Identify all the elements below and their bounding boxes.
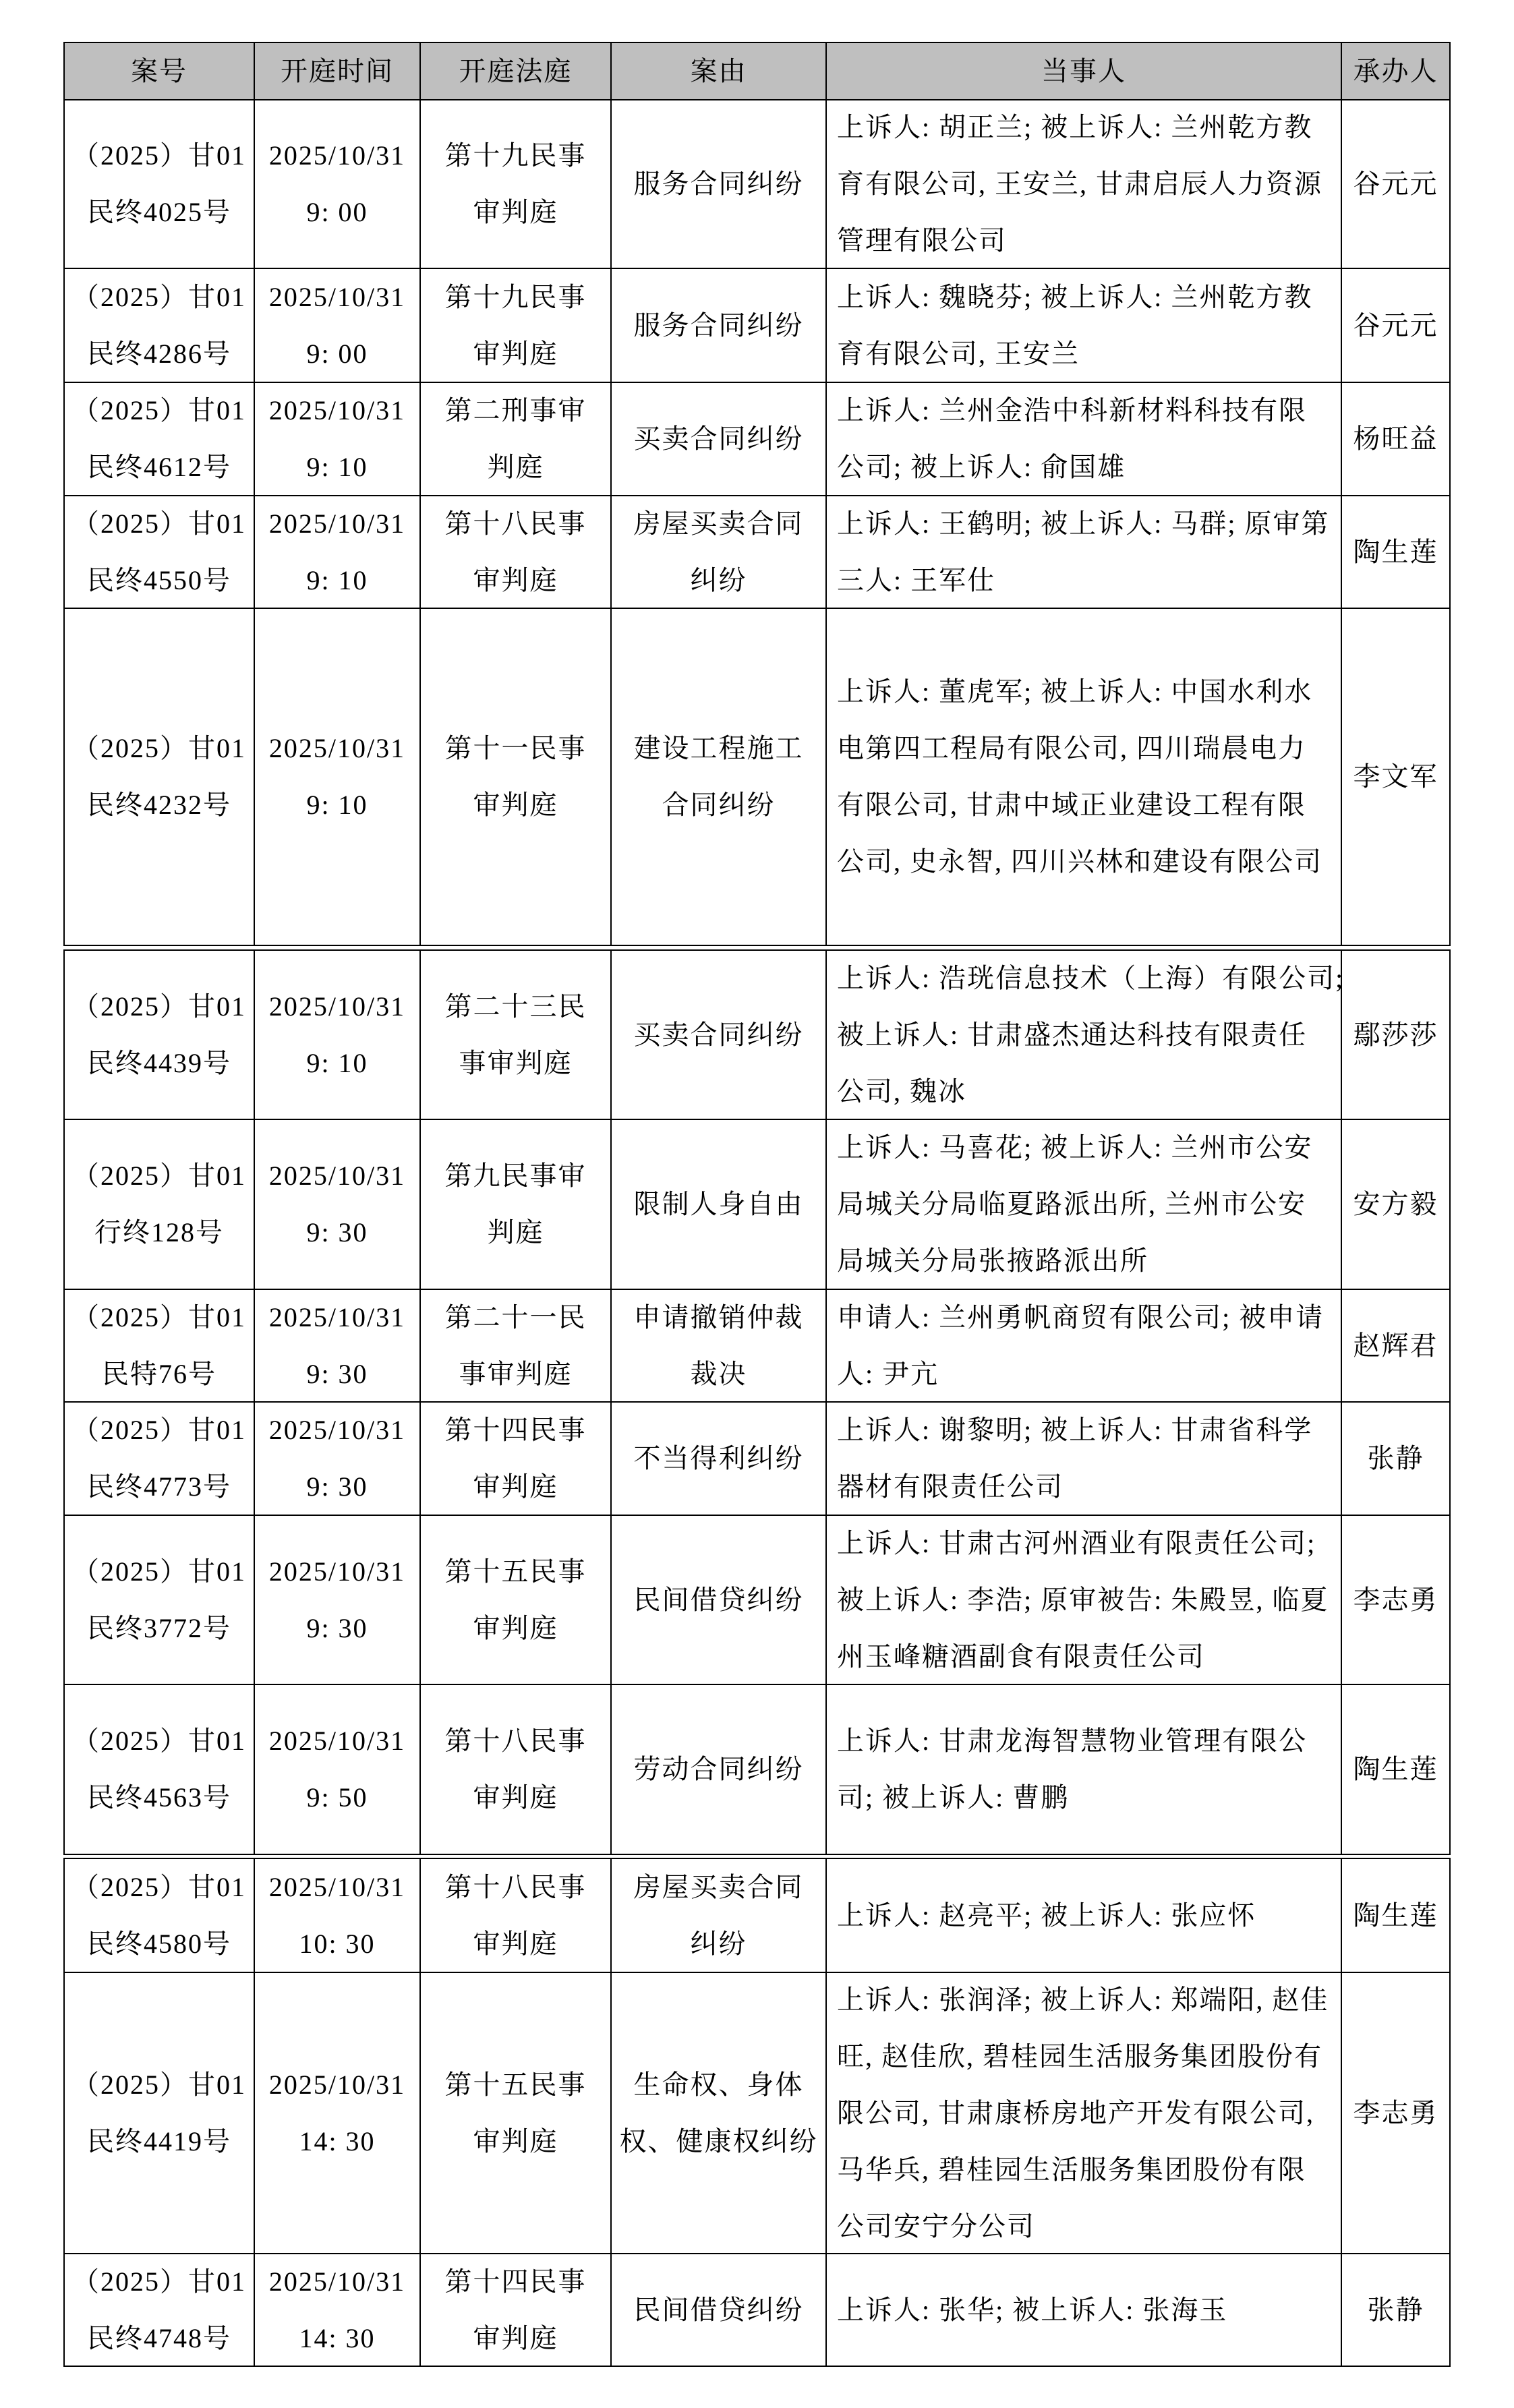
case-cause-cell-line: 劳动合同纠纷 (634, 1741, 804, 1798)
courtroom-cell-line: 第二十一民 (445, 1290, 587, 1346)
parties-cell: 上诉人: 兰州金浩中科新材料科技有限公司; 被上诉人: 俞国雄 (827, 383, 1342, 495)
parties-cell: 上诉人: 王鹤明; 被上诉人: 马群; 原审第三人: 王军仕 (827, 496, 1342, 608)
hearing-time-cell-line: 14: 30 (299, 2113, 375, 2170)
courtroom-cell-line: 审判庭 (473, 326, 558, 382)
parties-cell-line: 电第四工程局有限公司, 四川瑞晨电力 (837, 720, 1306, 777)
parties-cell-line: 马华兵, 碧桂园生活服务集团股份有限 (837, 2142, 1306, 2198)
case-number-cell-line: 民终4232号 (87, 777, 231, 833)
parties-cell-line: 三人: 王军仕 (837, 552, 995, 608)
parties-cell: 上诉人: 马喜花; 被上诉人: 兰州市公安局城关分局临夏路派出所, 兰州市公安局… (827, 1120, 1342, 1289)
case-cause-cell-line: 服务合同纠纷 (634, 297, 804, 354)
parties-cell: 上诉人: 浩珖信息技术（上海）有限公司;被上诉人: 甘肃盛杰通达科技有限责任公司… (827, 951, 1342, 1119)
parties-cell-line: 上诉人: 谢黎明; 被上诉人: 甘肃省科学 (837, 1403, 1312, 1459)
hearing-time-cell: 2025/10/3114: 30 (255, 1973, 421, 2253)
case-number-cell-line: （2025）甘01 (72, 2057, 246, 2113)
case-number-cell-line: 民终4286号 (87, 326, 231, 382)
case-number-cell: （2025）甘01民终4550号 (65, 496, 255, 608)
case-number-cell: （2025）甘01民终4773号 (65, 1403, 255, 1515)
column-header-court: 开庭法庭 (421, 43, 612, 99)
hearing-time-cell: 2025/10/319: 30 (255, 1516, 421, 1684)
courtroom-cell-line: 第十九民事 (445, 269, 587, 326)
judge-cell-text: 陶生莲 (1353, 1887, 1438, 1944)
hearing-time-cell: 2025/10/319: 30 (255, 1403, 421, 1515)
hearing-time-cell-line: 2025/10/31 (269, 1403, 405, 1459)
case-cause-cell: 申请撤销仲裁裁决 (612, 1290, 827, 1401)
courtroom-cell: 第十五民事审判庭 (421, 1516, 612, 1684)
case-cause-cell-line: 民间借贷纠纷 (634, 2282, 804, 2339)
parties-cell-line: 上诉人: 甘肃龙海智慧物业管理有限公 (837, 1713, 1307, 1769)
parties-cell: 上诉人: 赵亮平; 被上诉人: 张应怀 (827, 1859, 1342, 1972)
judge-cell: 陶生莲 (1342, 496, 1449, 608)
case-cause-cell: 房屋买卖合同纠纷 (612, 1859, 827, 1972)
table-row: （2025）甘01民终4286号2025/10/319: 00第十九民事审判庭服… (65, 269, 1449, 383)
courtroom-cell: 第二刑事审判庭 (421, 383, 612, 495)
case-cause-cell: 限制人身自由 (612, 1120, 827, 1289)
table-row: （2025）甘01民特76号2025/10/319: 30第二十一民事审判庭申请… (65, 1290, 1449, 1403)
hearing-time-cell-line: 9: 50 (306, 1769, 368, 1826)
judge-cell: 陶生莲 (1342, 1685, 1449, 1854)
hearing-table-page-2: （2025）甘01民终4439号2025/10/319: 10第二十三民事审判庭… (63, 949, 1451, 1855)
parties-cell-line: 上诉人: 甘肃古河州酒业有限责任公司; (837, 1516, 1316, 1572)
hearing-time-cell-line: 2025/10/31 (269, 269, 405, 326)
hearing-time-cell-line: 9: 00 (306, 184, 368, 241)
judge-cell: 杨旺益 (1342, 383, 1449, 495)
judge-cell: 鄢莎莎 (1342, 951, 1449, 1119)
hearing-time-cell: 2025/10/319: 10 (255, 951, 421, 1119)
parties-cell: 上诉人: 张润泽; 被上诉人: 郑端阳, 赵佳旺, 赵佳欣, 碧桂园生活服务集团… (827, 1973, 1342, 2253)
hearing-time-cell: 2025/10/3110: 30 (255, 1859, 421, 1972)
case-cause-cell: 生命权、身体权、健康权纠纷 (612, 1973, 827, 2253)
parties-cell-line: 被上诉人: 甘肃盛杰通达科技有限责任 (837, 1007, 1307, 1063)
table-row: （2025）甘01民终4563号2025/10/319: 50第十八民事审判庭劳… (65, 1685, 1449, 1854)
parties-cell-line: 旺, 赵佳欣, 碧桂园生活服务集团股份有 (837, 2028, 1322, 2085)
case-cause-cell-line: 服务合同纠纷 (634, 156, 804, 212)
case-number-cell-line: （2025）甘01 (72, 1148, 246, 1204)
hearing-time-cell-line: 2025/10/31 (269, 127, 405, 184)
case-cause-cell-line: 不当得利纠纷 (634, 1430, 804, 1487)
courtroom-cell-line: 判庭 (488, 439, 544, 495)
parties-cell: 上诉人: 甘肃龙海智慧物业管理有限公司; 被上诉人: 曹鹏 (827, 1685, 1342, 1854)
case-number-cell-line: （2025）甘01 (72, 269, 246, 326)
hearing-time-cell-line: 9: 10 (306, 439, 368, 495)
hearing-time-cell-line: 9: 10 (306, 552, 368, 608)
parties-cell-line: 上诉人: 浩珖信息技术（上海）有限公司; (837, 951, 1342, 1007)
judge-cell: 李文军 (1342, 609, 1449, 945)
case-number-cell-line: 民终4748号 (87, 2310, 231, 2366)
case-cause-cell-line: 纠纷 (691, 552, 747, 608)
case-cause-cell: 民间借贷纠纷 (612, 1516, 827, 1684)
courtroom-cell-line: 第二刑事审 (445, 383, 587, 439)
courtroom-cell-line: 审判庭 (473, 2113, 558, 2170)
case-cause-cell: 民间借贷纠纷 (612, 2254, 827, 2366)
parties-cell-line: 上诉人: 王鹤明; 被上诉人: 马群; 原审第 (837, 496, 1329, 552)
parties-cell-line: 器材有限责任公司 (837, 1459, 1064, 1515)
courtroom-cell: 第十八民事审判庭 (421, 1859, 612, 1972)
courtroom-cell: 第九民事审判庭 (421, 1120, 612, 1289)
judge-cell: 谷元元 (1342, 100, 1449, 268)
parties-cell: 上诉人: 张华; 被上诉人: 张海玉 (827, 2254, 1342, 2366)
case-cause-cell-line: 民间借贷纠纷 (634, 1572, 804, 1628)
judge-cell-text: 杨旺益 (1353, 411, 1438, 467)
parties-cell-line: 限公司, 甘肃康桥房地产开发有限公司, (837, 2085, 1314, 2142)
case-number-cell: （2025）甘01民终4612号 (65, 383, 255, 495)
case-number-cell: （2025）甘01民终4419号 (65, 1973, 255, 2253)
hearing-time-cell-line: 2025/10/31 (269, 2254, 405, 2310)
case-cause-cell: 房屋买卖合同纠纷 (612, 496, 827, 608)
hearing-time-cell-line: 9: 30 (306, 1459, 368, 1515)
column-header-parties: 当事人 (827, 43, 1342, 99)
parties-cell-line: 上诉人: 兰州金浩中科新材料科技有限 (837, 383, 1307, 439)
hearing-time-cell: 2025/10/319: 50 (255, 1685, 421, 1854)
parties-cell-line: 育有限公司, 王安兰 (837, 326, 1080, 382)
hearing-time-cell: 2025/10/319: 00 (255, 269, 421, 382)
courtroom-cell: 第十一民事审判庭 (421, 609, 612, 945)
courtroom-cell-line: 事审判庭 (459, 1346, 573, 1402)
parties-cell-line: 申请人: 兰州勇帆商贸有限公司; 被申请 (837, 1290, 1324, 1346)
table-row: （2025）甘01民终4419号2025/10/3114: 30第十五民事审判庭… (65, 1973, 1449, 2254)
parties-cell-line: 被上诉人: 李浩; 原审被告: 朱殿昱, 临夏 (837, 1572, 1329, 1628)
case-number-cell-line: 民终4563号 (87, 1769, 231, 1826)
case-cause-cell: 劳动合同纠纷 (612, 1685, 827, 1854)
case-cause-cell-line: 权、健康权纠纷 (620, 2113, 818, 2170)
courtroom-cell: 第十八民事审判庭 (421, 1685, 612, 1854)
judge-cell-text: 张静 (1368, 2282, 1424, 2339)
hearing-time-cell-line: 9: 10 (306, 1035, 368, 1092)
hearing-time-cell-line: 9: 30 (306, 1346, 368, 1402)
judge-cell-text: 赵辉君 (1353, 1318, 1438, 1374)
case-number-cell: （2025）甘01民终4232号 (65, 609, 255, 945)
parties-cell-line: 管理有限公司 (837, 212, 1007, 268)
case-number-cell: （2025）甘01民终4025号 (65, 100, 255, 268)
case-cause-cell-line: 申请撤销仲裁 (634, 1290, 804, 1346)
parties-cell-line: 公司, 史永智, 四川兴林和建设有限公司 (837, 833, 1322, 890)
courtroom-cell-line: 第十一民事 (445, 720, 587, 777)
judge-cell: 张静 (1342, 2254, 1449, 2366)
hearing-time-cell-line: 10: 30 (299, 1916, 375, 1972)
table-row: （2025）甘01民终4773号2025/10/319: 30第十四民事审判庭不… (65, 1403, 1449, 1516)
case-number-cell: （2025）甘01民终4439号 (65, 951, 255, 1119)
courtroom-cell-line: 第九民事审 (445, 1148, 587, 1204)
judge-cell-text: 陶生莲 (1353, 524, 1438, 581)
judge-cell: 谷元元 (1342, 269, 1449, 382)
hearing-time-cell-line: 9: 00 (306, 326, 368, 382)
hearing-time-cell-line: 14: 30 (299, 2310, 375, 2366)
judge-cell-text: 陶生莲 (1353, 1741, 1438, 1798)
judge-cell: 陶生莲 (1342, 1859, 1449, 1972)
judge-cell: 安方毅 (1342, 1120, 1449, 1289)
case-number-cell-line: 行终128号 (94, 1204, 224, 1261)
case-number-cell: （2025）甘01民终3772号 (65, 1516, 255, 1684)
case-number-cell-line: （2025）甘01 (72, 1544, 246, 1600)
case-cause-cell-line: 建设工程施工 (634, 720, 804, 777)
case-cause-cell-line: 限制人身自由 (634, 1176, 804, 1233)
hearing-table-page-1: 案号 开庭时间 开庭法庭 案由 当事人 承办人 （2025）甘01民终4025号… (63, 42, 1451, 946)
hearing-time-cell: 2025/10/319: 10 (255, 496, 421, 608)
case-number-cell: （2025）甘01民终4563号 (65, 1685, 255, 1854)
column-header-judge: 承办人 (1342, 43, 1449, 99)
hearing-time-cell: 2025/10/319: 10 (255, 609, 421, 945)
case-number-cell: （2025）甘01民终4748号 (65, 2254, 255, 2366)
courtroom-cell-line: 第二十三民 (445, 978, 587, 1035)
case-number-cell-line: 民终4419号 (87, 2113, 231, 2170)
courtroom-cell-line: 审判庭 (473, 1459, 558, 1515)
courtroom-cell: 第十五民事审判庭 (421, 1973, 612, 2253)
case-cause-cell-line: 合同纠纷 (662, 777, 776, 833)
hearing-time-cell-line: 2025/10/31 (269, 720, 405, 777)
courtroom-cell-line: 第十八民事 (445, 1713, 587, 1769)
table-row: （2025）甘01行终128号2025/10/319: 30第九民事审判庭限制人… (65, 1120, 1449, 1290)
table-row: （2025）甘01民终4550号2025/10/319: 10第十八民事审判庭房… (65, 496, 1449, 609)
judge-cell: 赵辉君 (1342, 1290, 1449, 1401)
courtroom-cell-line: 第十五民事 (445, 2057, 587, 2113)
parties-cell: 上诉人: 魏晓芬; 被上诉人: 兰州乾方教育有限公司, 王安兰 (827, 269, 1342, 382)
case-number-cell-line: 民特76号 (102, 1346, 216, 1402)
table-header: 案号 开庭时间 开庭法庭 案由 当事人 承办人 (65, 43, 1449, 100)
parties-cell: 上诉人: 胡正兰; 被上诉人: 兰州乾方教育有限公司, 王安兰, 甘肃启辰人力资… (827, 100, 1342, 268)
table-row: （2025）甘01民终4612号2025/10/319: 10第二刑事审判庭买卖… (65, 383, 1449, 496)
case-cause-cell-line: 纠纷 (691, 1916, 747, 1972)
case-cause-cell: 买卖合同纠纷 (612, 383, 827, 495)
case-number-cell-line: 民终4612号 (87, 439, 231, 495)
judge-cell-text: 安方毅 (1353, 1176, 1438, 1233)
hearing-time-cell-line: 2025/10/31 (269, 1713, 405, 1769)
courtroom-cell-line: 第十四民事 (445, 1403, 587, 1459)
parties-cell: 申请人: 兰州勇帆商贸有限公司; 被申请人: 尹亢 (827, 1290, 1342, 1401)
case-cause-cell-line: 买卖合同纠纷 (634, 411, 804, 467)
hearing-table-page-3: （2025）甘01民终4580号2025/10/3110: 30第十八民事审判庭… (63, 1858, 1451, 2367)
courtroom-cell-line: 第十八民事 (445, 1859, 587, 1916)
judge-cell-text: 李志勇 (1353, 1572, 1438, 1628)
hearing-time-cell-line: 2025/10/31 (269, 383, 405, 439)
judge-cell-text: 鄢莎莎 (1353, 1007, 1438, 1063)
case-number-cell-line: 民终4580号 (87, 1916, 231, 1972)
courtroom-cell: 第十四民事审判庭 (421, 1403, 612, 1515)
case-number-cell-line: （2025）甘01 (72, 127, 246, 184)
case-number-cell: （2025）甘01行终128号 (65, 1120, 255, 1289)
hearing-time-cell: 2025/10/319: 30 (255, 1290, 421, 1401)
courtroom-cell-line: 审判庭 (473, 2310, 558, 2366)
parties-cell-line: 上诉人: 赵亮平; 被上诉人: 张应怀 (837, 1887, 1256, 1944)
courtroom-cell: 第十八民事审判庭 (421, 496, 612, 608)
parties-cell-line: 州玉峰糖酒副食有限责任公司 (837, 1628, 1205, 1684)
courtroom-cell-line: 审判庭 (473, 1916, 558, 1972)
hearing-time-cell-line: 2025/10/31 (269, 496, 405, 552)
column-header-time: 开庭时间 (255, 43, 421, 99)
parties-cell-line: 上诉人: 张润泽; 被上诉人: 郑端阳, 赵佳 (837, 1973, 1329, 2028)
judge-cell-text: 李文军 (1353, 748, 1438, 805)
case-number-cell-line: 民终4025号 (87, 184, 231, 241)
table-row: （2025）甘01民终4748号2025/10/3114: 30第十四民事审判庭… (65, 2254, 1449, 2366)
parties-cell-line: 上诉人: 董虎军; 被上诉人: 中国水利水 (837, 664, 1312, 720)
case-number-cell-line: （2025）甘01 (72, 1713, 246, 1769)
parties-cell-line: 局城关分局临夏路派出所, 兰州市公安 (837, 1176, 1306, 1233)
case-number-cell-line: （2025）甘01 (72, 383, 246, 439)
judge-cell-text: 张静 (1368, 1430, 1424, 1487)
hearing-time-cell-line: 2025/10/31 (269, 2057, 405, 2113)
case-number-cell-line: （2025）甘01 (72, 496, 246, 552)
case-cause-cell-line: 买卖合同纠纷 (634, 1007, 804, 1063)
case-number-cell-line: （2025）甘01 (72, 2254, 246, 2310)
hearing-time-cell-line: 2025/10/31 (269, 1859, 405, 1916)
parties-cell: 上诉人: 谢黎明; 被上诉人: 甘肃省科学器材有限责任公司 (827, 1403, 1342, 1515)
case-number-cell-line: （2025）甘01 (72, 978, 246, 1035)
parties-cell: 上诉人: 甘肃古河州酒业有限责任公司;被上诉人: 李浩; 原审被告: 朱殿昱, … (827, 1516, 1342, 1684)
parties-cell-line: 局城关分局张掖路派出所 (837, 1233, 1148, 1289)
case-cause-cell: 买卖合同纠纷 (612, 951, 827, 1119)
case-cause-cell: 服务合同纠纷 (612, 269, 827, 382)
courtroom-cell-line: 审判庭 (473, 184, 558, 241)
hearing-time-cell: 2025/10/3114: 30 (255, 2254, 421, 2366)
table-row: （2025）甘01民终4025号2025/10/319: 00第十九民事审判庭服… (65, 100, 1449, 269)
case-number-cell: （2025）甘01民特76号 (65, 1290, 255, 1401)
case-number-cell-line: （2025）甘01 (72, 1290, 246, 1346)
case-cause-cell: 不当得利纠纷 (612, 1403, 827, 1515)
hearing-time-cell: 2025/10/319: 00 (255, 100, 421, 268)
hearing-time-cell-line: 2025/10/31 (269, 978, 405, 1035)
courtroom-cell: 第十四民事审判庭 (421, 2254, 612, 2366)
judge-cell-text: 李志勇 (1353, 2085, 1438, 2142)
table-row: （2025）甘01民终4232号2025/10/319: 10第十一民事审判庭建… (65, 609, 1449, 945)
column-header-case-no: 案号 (65, 43, 255, 99)
courtroom-cell: 第二十三民事审判庭 (421, 951, 612, 1119)
hearing-time-cell-line: 9: 30 (306, 1204, 368, 1261)
parties-cell-line: 上诉人: 张华; 被上诉人: 张海玉 (837, 2282, 1227, 2339)
courtroom-cell-line: 第十九民事 (445, 127, 587, 184)
courtroom-cell-line: 第十八民事 (445, 496, 587, 552)
courtroom-cell-line: 判庭 (488, 1204, 544, 1261)
courtroom-cell-line: 事审判庭 (459, 1035, 573, 1092)
parties-cell-line: 公司, 魏冰 (837, 1063, 966, 1119)
judge-cell: 李志勇 (1342, 1516, 1449, 1684)
parties-cell-line: 上诉人: 马喜花; 被上诉人: 兰州市公安 (837, 1120, 1312, 1176)
parties-cell: 上诉人: 董虎军; 被上诉人: 中国水利水电第四工程局有限公司, 四川瑞晨电力有… (827, 609, 1342, 945)
case-number-cell-line: （2025）甘01 (72, 1859, 246, 1916)
parties-cell-line: 司; 被上诉人: 曹鹏 (837, 1769, 1069, 1826)
case-number-cell-line: 民终4773号 (87, 1459, 231, 1515)
courtroom-cell-line: 审判庭 (473, 1769, 558, 1826)
case-cause-cell: 建设工程施工合同纠纷 (612, 609, 827, 945)
case-number-cell-line: 民终4439号 (87, 1035, 231, 1092)
parties-cell-line: 公司; 被上诉人: 俞国雄 (837, 439, 1126, 495)
case-number-cell-line: 民终4550号 (87, 552, 231, 608)
case-cause-cell-line: 房屋买卖合同 (634, 1859, 804, 1916)
parties-cell-line: 人: 尹亢 (837, 1346, 939, 1402)
column-header-cause: 案由 (612, 43, 827, 99)
courtroom-cell-line: 审判庭 (473, 1600, 558, 1657)
hearing-time-cell-line: 2025/10/31 (269, 1544, 405, 1600)
case-cause-cell-line: 生命权、身体 (634, 2057, 804, 2113)
parties-cell-line: 上诉人: 魏晓芬; 被上诉人: 兰州乾方教 (837, 269, 1312, 326)
hearing-time-cell: 2025/10/319: 30 (255, 1120, 421, 1289)
courtroom-cell: 第二十一民事审判庭 (421, 1290, 612, 1401)
judge-cell: 李志勇 (1342, 1973, 1449, 2253)
case-cause-cell-line: 房屋买卖合同 (634, 496, 804, 552)
hearing-time-cell: 2025/10/319: 10 (255, 383, 421, 495)
parties-cell-line: 上诉人: 胡正兰; 被上诉人: 兰州乾方教 (837, 100, 1312, 156)
courtroom-cell: 第十九民事审判庭 (421, 100, 612, 268)
courtroom-cell-line: 第十五民事 (445, 1544, 587, 1600)
hearing-time-cell-line: 2025/10/31 (269, 1148, 405, 1204)
case-cause-cell: 服务合同纠纷 (612, 100, 827, 268)
table-row: （2025）甘01民终4580号2025/10/3110: 30第十八民事审判庭… (65, 1859, 1449, 1973)
case-number-cell-line: （2025）甘01 (72, 720, 246, 777)
judge-cell-text: 谷元元 (1353, 156, 1438, 212)
courtroom-cell: 第十九民事审判庭 (421, 269, 612, 382)
courtroom-cell-line: 审判庭 (473, 552, 558, 608)
hearing-time-cell-line: 9: 10 (306, 777, 368, 833)
parties-cell-line: 育有限公司, 王安兰, 甘肃启辰人力资源 (837, 156, 1322, 212)
case-number-cell-line: 民终3772号 (87, 1600, 231, 1657)
courtroom-cell-line: 审判庭 (473, 777, 558, 833)
case-number-cell-line: （2025）甘01 (72, 1403, 246, 1459)
table-row: （2025）甘01民终4439号2025/10/319: 10第二十三民事审判庭… (65, 951, 1449, 1120)
courtroom-cell-line: 第十四民事 (445, 2254, 587, 2310)
case-number-cell: （2025）甘01民终4286号 (65, 269, 255, 382)
table-row: （2025）甘01民终3772号2025/10/319: 30第十五民事审判庭民… (65, 1516, 1449, 1685)
case-number-cell: （2025）甘01民终4580号 (65, 1859, 255, 1972)
judge-cell: 张静 (1342, 1403, 1449, 1515)
case-cause-cell-line: 裁决 (691, 1346, 747, 1402)
parties-cell-line: 有限公司, 甘肃中域正业建设工程有限 (837, 777, 1306, 833)
parties-cell-line: 公司安宁分公司 (837, 2198, 1035, 2254)
judge-cell-text: 谷元元 (1353, 297, 1438, 354)
hearing-time-cell-line: 9: 30 (306, 1600, 368, 1657)
hearing-time-cell-line: 2025/10/31 (269, 1290, 405, 1346)
